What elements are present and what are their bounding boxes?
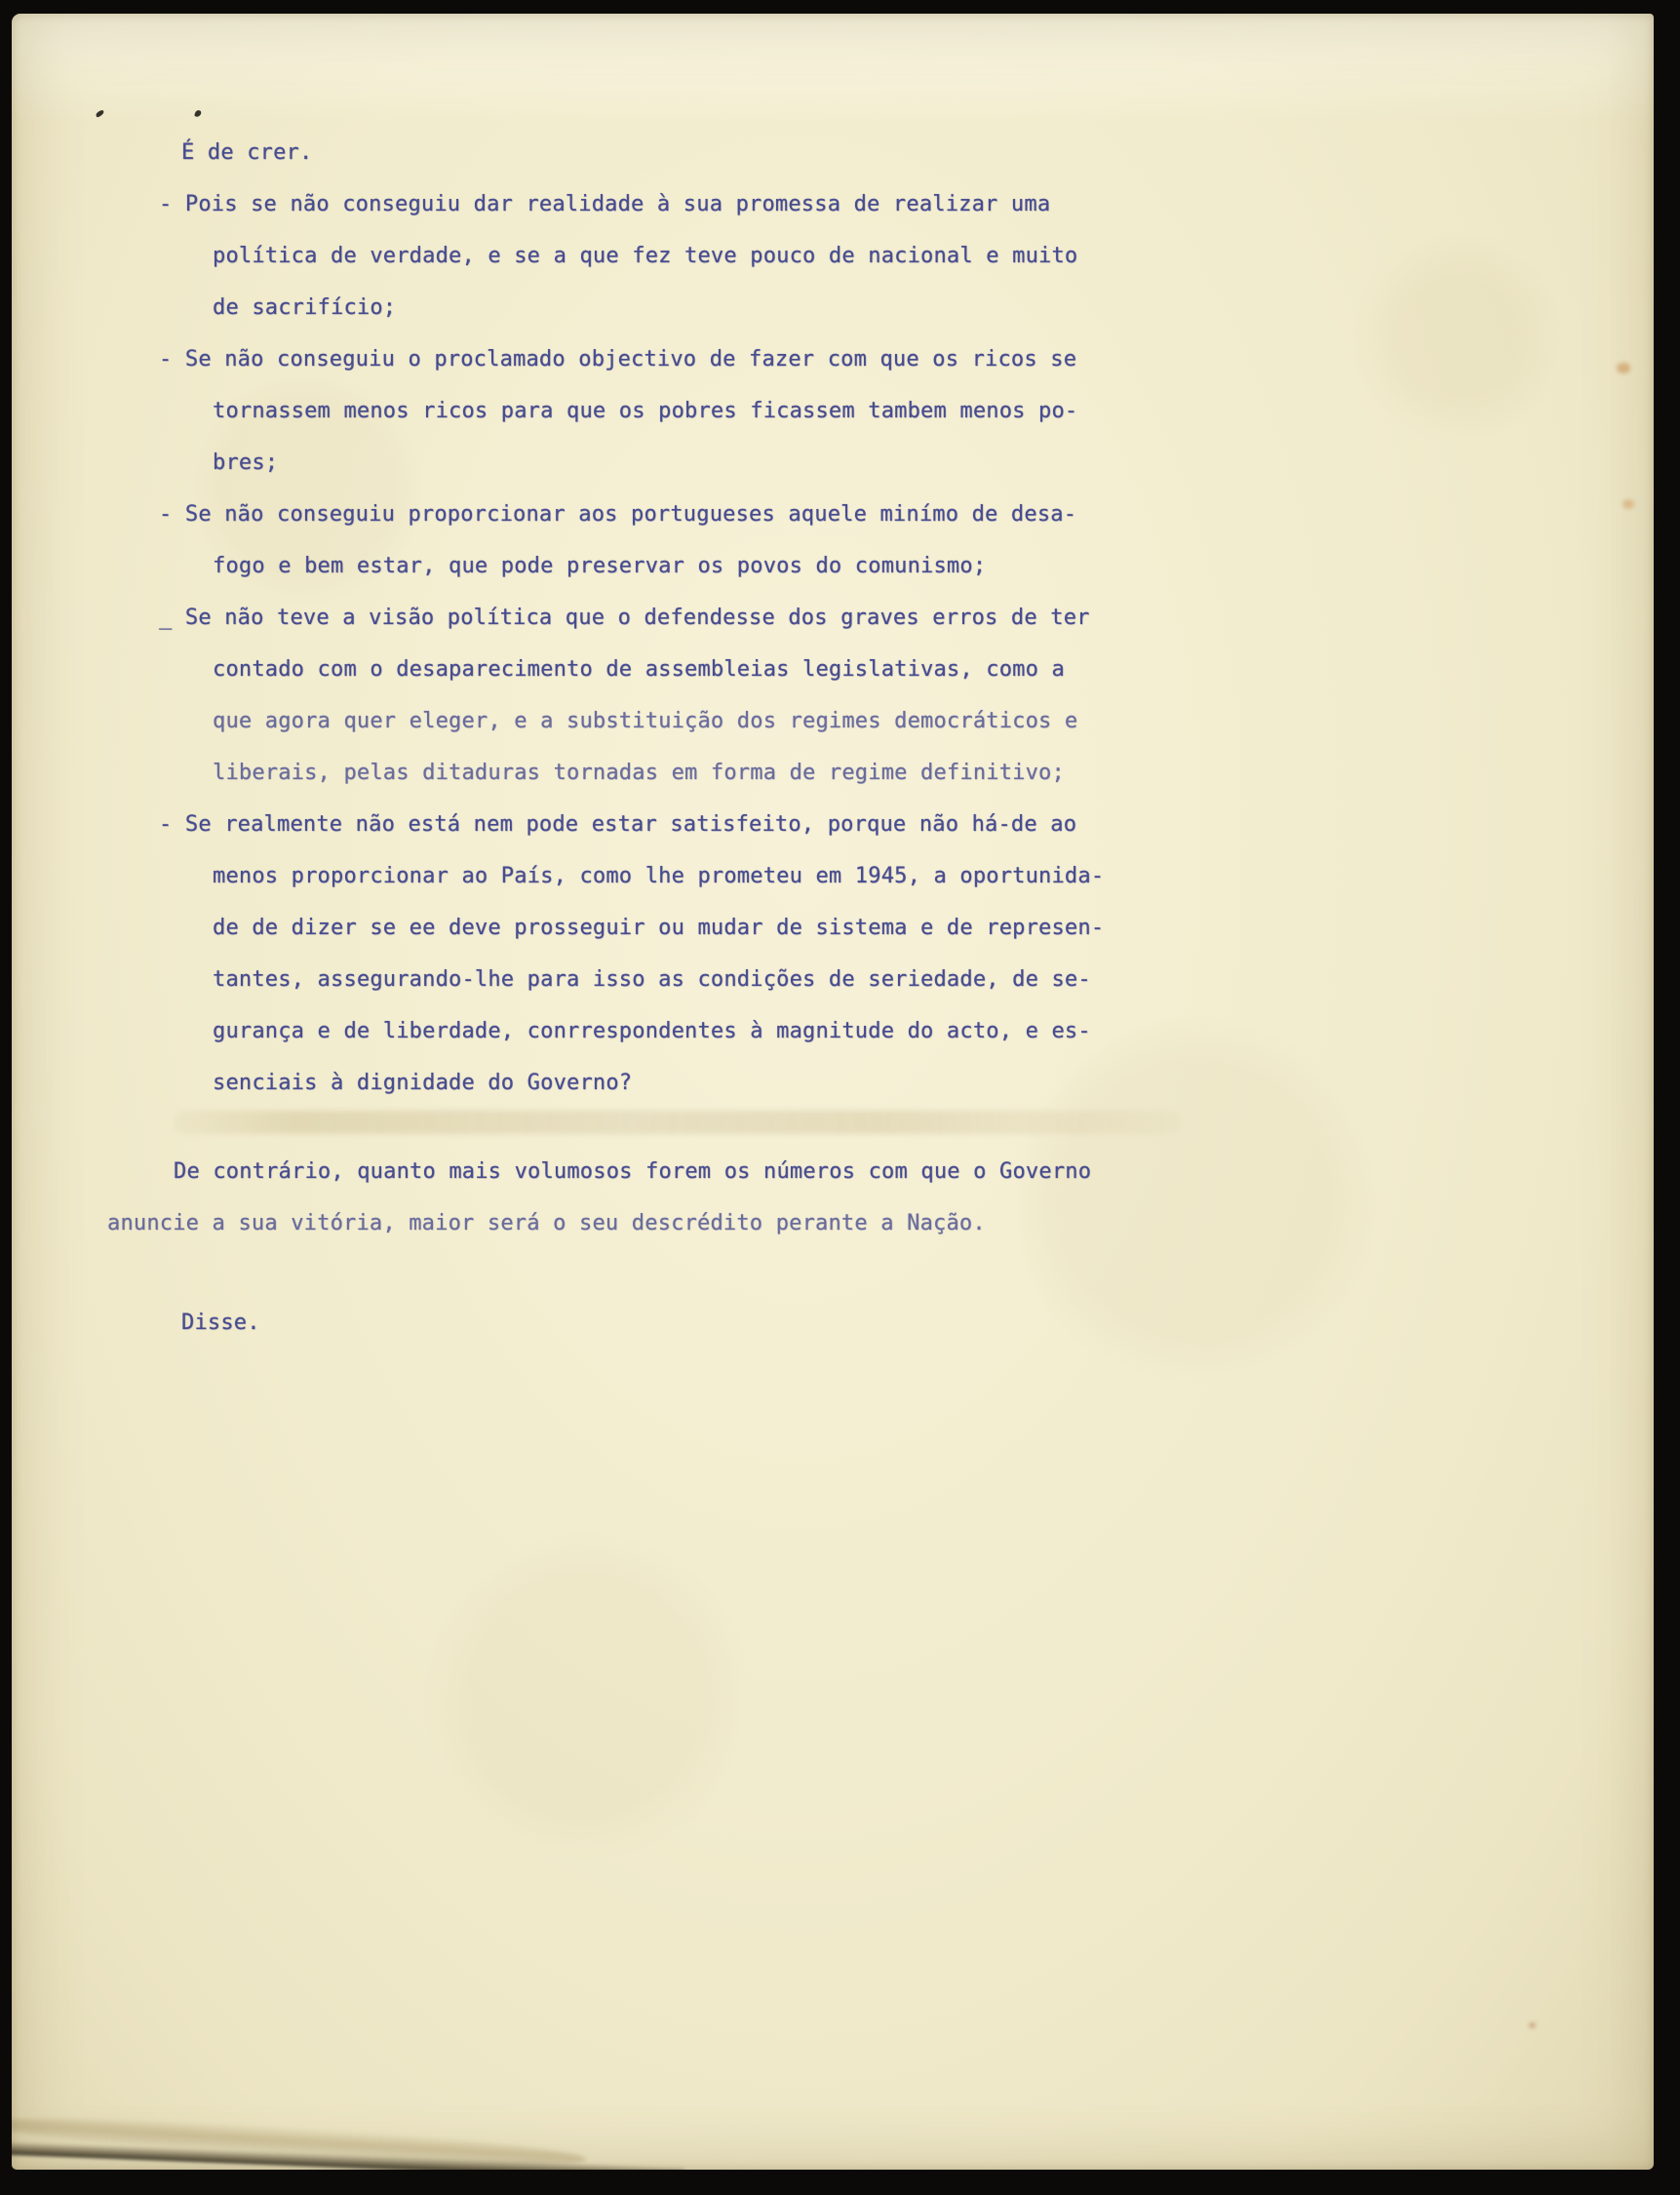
text-line: tornassem menos ricos para que os pobres…: [12, 385, 1654, 437]
text-line: - Se realmente não está nem pode estar s…: [12, 799, 1654, 850]
paper-stain: [1622, 499, 1634, 509]
text-line: - Se não conseguiu proporcionar aos port…: [12, 489, 1654, 540]
text-line: - Pois se não conseguiu dar realidade à …: [12, 178, 1654, 230]
ink-speck: [194, 109, 202, 118]
document-text: É de crer. - Pois se não conseguiu dar r…: [12, 127, 1654, 1349]
text-line: tantes, assegurando-lhe para isso as con…: [12, 954, 1654, 1005]
text-line: menos proporcionar ao País, como lhe pro…: [12, 850, 1654, 902]
text-line: que agora quer eleger, e a substituição …: [12, 695, 1654, 747]
text-line: É de crer.: [12, 127, 1654, 178]
text-line: gurança e de liberdade, conrrespondentes…: [12, 1005, 1654, 1057]
text-line: contado com o desaparecimento de assembl…: [12, 644, 1654, 695]
text-line: anuncie a sua vitória, maior será o seu …: [12, 1197, 1654, 1249]
scan-frame: É de crer. - Pois se não conseguiu dar r…: [0, 0, 1680, 2195]
paper-stain: [1529, 2022, 1536, 2028]
text-line: bres;: [12, 437, 1654, 489]
text-line: - Se não conseguiu o proclamado objectiv…: [12, 333, 1654, 385]
text-line: liberais, pelas ditaduras tornadas em fo…: [12, 747, 1654, 799]
text-line: _ Se não teve a visão política que o def…: [12, 592, 1654, 644]
ink-bleedthrough-band: [173, 1111, 1182, 1134]
text-line: de sacrifício;: [12, 282, 1654, 333]
text-line: de de dizer se ee deve prosseguir ou mud…: [12, 902, 1654, 954]
paper-stain: [1617, 363, 1630, 373]
text-line: Disse.: [12, 1297, 1654, 1349]
text-line: política de verdade, e se a que fez teve…: [12, 230, 1654, 282]
ink-speck: [95, 109, 104, 118]
text-line: fogo e bem estar, que pode preservar os …: [12, 540, 1654, 592]
text-line: De contrário, quanto mais volumosos fore…: [12, 1146, 1654, 1197]
paper-page: É de crer. - Pois se não conseguiu dar r…: [12, 14, 1654, 2170]
text-line: senciais à dignidade do Governo?: [12, 1057, 1654, 1109]
